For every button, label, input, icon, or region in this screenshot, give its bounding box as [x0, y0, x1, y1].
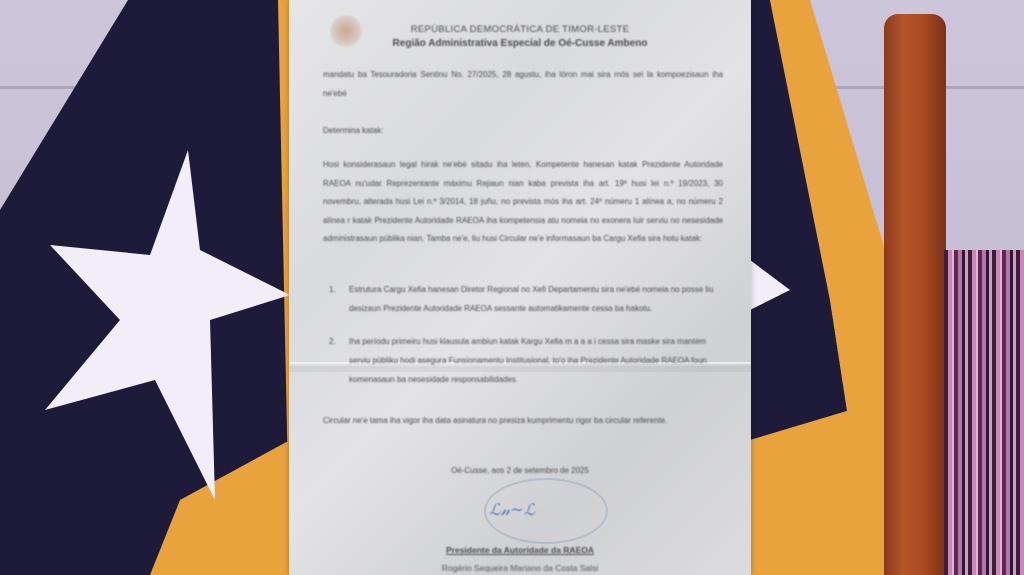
determina-label: Determina katak:: [323, 122, 723, 141]
wooden-post: [884, 14, 946, 575]
place-date: Oé-Cusse, aos 2 de setembro de 2025: [289, 466, 751, 475]
header-region: Região Administrativa Especial de Oé-Cus…: [289, 38, 751, 49]
circular-document: REPÚBLICA DEMOCRÁTICA DE TIMOR-LESTE Reg…: [289, 0, 751, 575]
closing-paragraph: Circular ne'e tama iha vigor iha data as…: [323, 412, 723, 431]
photo-scene: REPÚBLICA DEMOCRÁTICA DE TIMOR-LESTE Reg…: [0, 0, 1024, 575]
directive-list: 1. Estrutura Cargu Xefia hanesan Diretor…: [329, 280, 729, 389]
signatory-title: Presidente da Autoridade da RAEOA: [289, 545, 751, 555]
intro-paragraph: mandatu ba Tesouradoria Sentinu No. 27/2…: [323, 66, 723, 103]
signature-icon: ℒ𝓃~ℒ: [489, 500, 535, 520]
tais-textile: [944, 250, 1024, 575]
signatory-name: Rogério Sequeira Mariano da Costa Salsi: [289, 563, 751, 573]
list-item: 1. Estrutura Cargu Xefia hanesan Diretor…: [329, 280, 729, 318]
header-republic: REPÚBLICA DEMOCRÁTICA DE TIMOR-LESTE: [289, 24, 751, 35]
body-paragraph: Hosi konsiderasaun legal hirak ne'ebé si…: [323, 156, 723, 249]
list-item: 2. Iha períodu primeiru husi klausula am…: [329, 332, 729, 389]
